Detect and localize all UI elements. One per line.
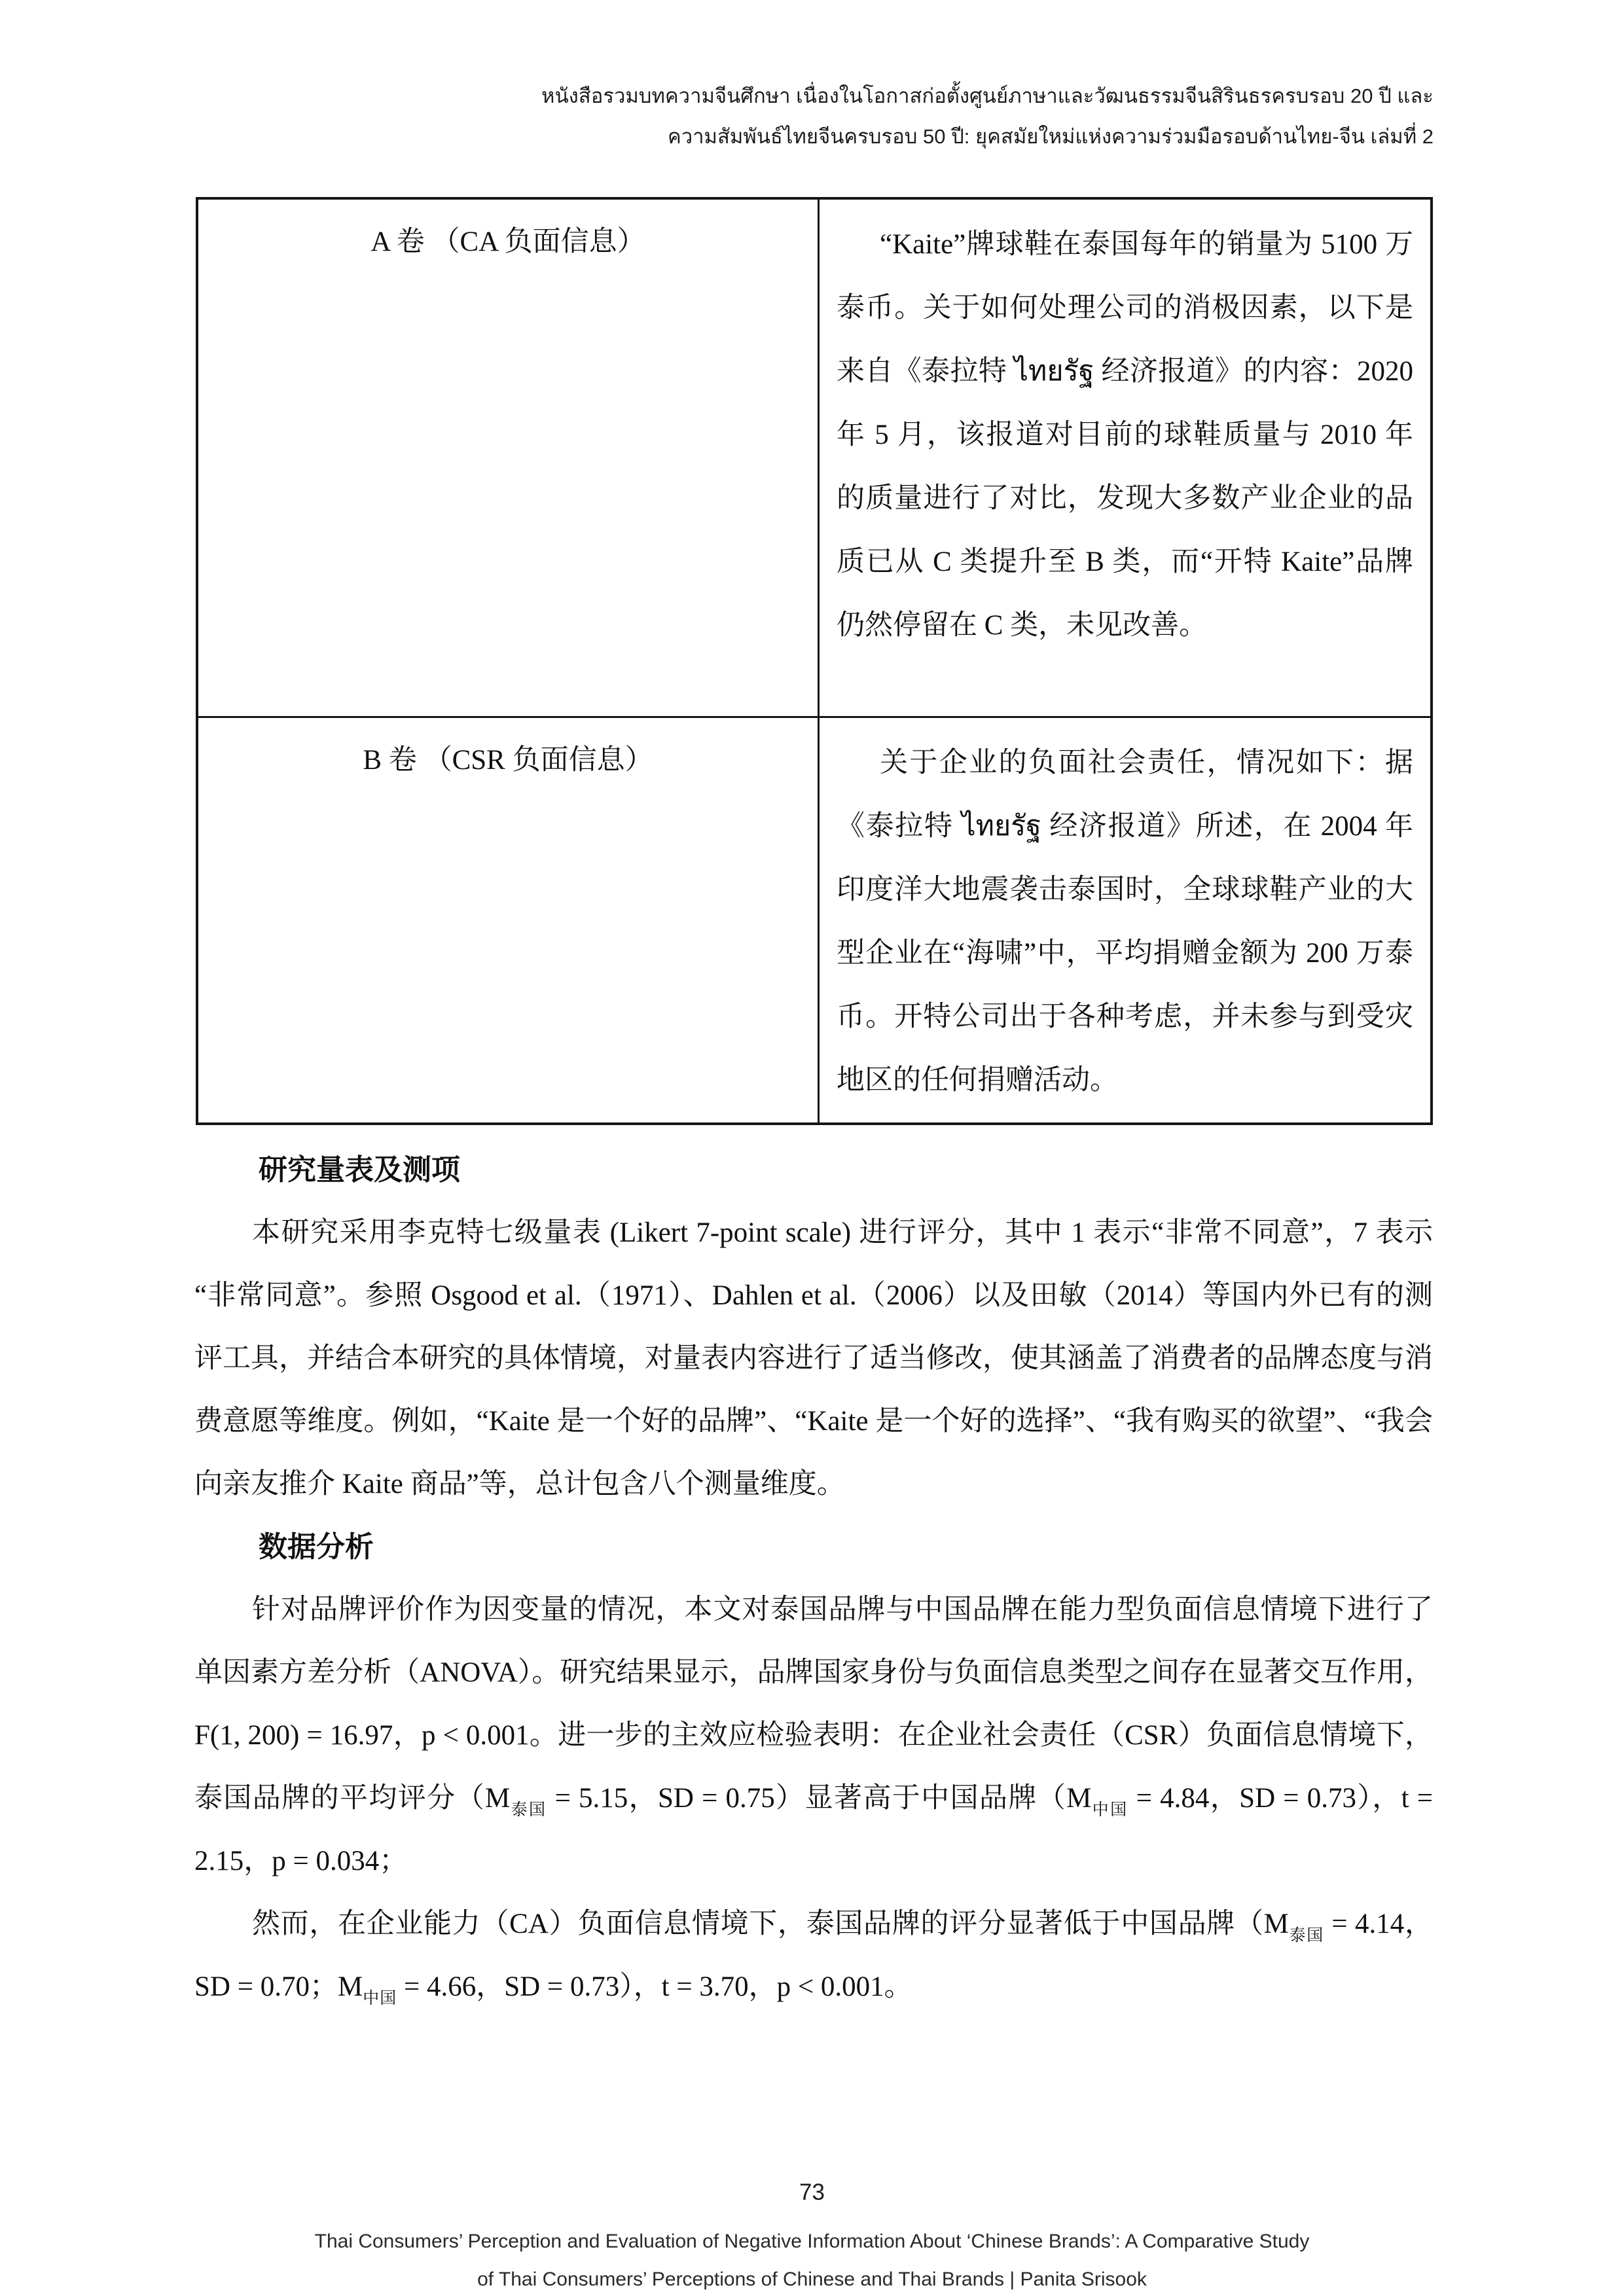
- questionnaire-table: A 卷 （CA 负面信息） “Kaite”牌球鞋在泰国每年的销量为 5100 万…: [196, 197, 1433, 1125]
- paragraph-measures: 本研究采用李克特七级量表 (Likert 7-point scale) 进行评分…: [194, 1202, 1433, 1516]
- document-page: หนังสือรวมบทความจีนศึกษา เนื่องในโอกาสก่…: [0, 0, 1624, 2296]
- table-cell-label-a: A 卷 （CA 负面信息）: [198, 200, 820, 718]
- subscript-thailand: 泰国: [510, 1801, 547, 1819]
- running-head-line-2: ความสัมพันธ์ไทยจีนครบรอบ 50 ปี: ยุคสมัยใ…: [393, 117, 1434, 157]
- subscript-china: 中国: [363, 1990, 397, 2007]
- analysis-1-text: = 5.15，SD = 0.75）显著高于中国品牌（M: [547, 1783, 1091, 1814]
- page-footer: Thai Consumers’ Perception and Evaluatio…: [0, 2223, 1624, 2296]
- running-head-line-1: หนังสือรวมบทความจีนศึกษา เนื่องในโอกาสก่…: [393, 76, 1434, 117]
- subscript-china: 中国: [1091, 1801, 1128, 1819]
- paragraph-analysis-1: 针对品牌评价作为因变量的情况，本文对泰国品牌与中国品牌在能力型负面信息情境下进行…: [194, 1579, 1433, 1893]
- footer-line-1: Thai Consumers’ Perception and Evaluatio…: [0, 2223, 1624, 2261]
- page-number: 73: [0, 2179, 1624, 2206]
- document-body: 研究量表及测项 本研究采用李克特七级量表 (Likert 7-point sca…: [194, 1139, 1433, 2018]
- analysis-1-text: 针对品牌评价作为因变量的情况，本文对泰国品牌与中国品牌在能力型负面信息情境下进行…: [194, 1594, 1433, 1814]
- running-head: หนังสือรวมบทความจีนศึกษา เนื่องในโอกาสก่…: [393, 76, 1434, 157]
- analysis-2-text: = 4.66，SD = 0.73），t = 3.70，p < 0.001。: [397, 1971, 912, 2002]
- analysis-2-text: 然而，在企业能力（CA）负面信息情境下，泰国品牌的评分显著低于中国品牌（M: [252, 1909, 1289, 1939]
- section-heading-data-analysis: 数据分析: [194, 1516, 1433, 1579]
- table-cell-content-b: 关于企业的负面社会责任，情况如下：据《泰拉特 ไทยรัฐ 经济报道》所述，在 …: [820, 718, 1430, 1122]
- section-heading-measures: 研究量表及测项: [194, 1139, 1433, 1202]
- subscript-thailand: 泰国: [1289, 1927, 1324, 1945]
- paragraph-analysis-2: 然而，在企业能力（CA）负面信息情境下，泰国品牌的评分显著低于中国品牌（M泰国 …: [194, 1893, 1433, 2018]
- table-cell-content-a: “Kaite”牌球鞋在泰国每年的销量为 5100 万泰币。关于如何处理公司的消极…: [820, 200, 1430, 718]
- table-cell-label-b: B 卷 （CSR 负面信息）: [198, 718, 820, 1122]
- footer-line-2: of Thai Consumers’ Perceptions of Chines…: [0, 2261, 1624, 2296]
